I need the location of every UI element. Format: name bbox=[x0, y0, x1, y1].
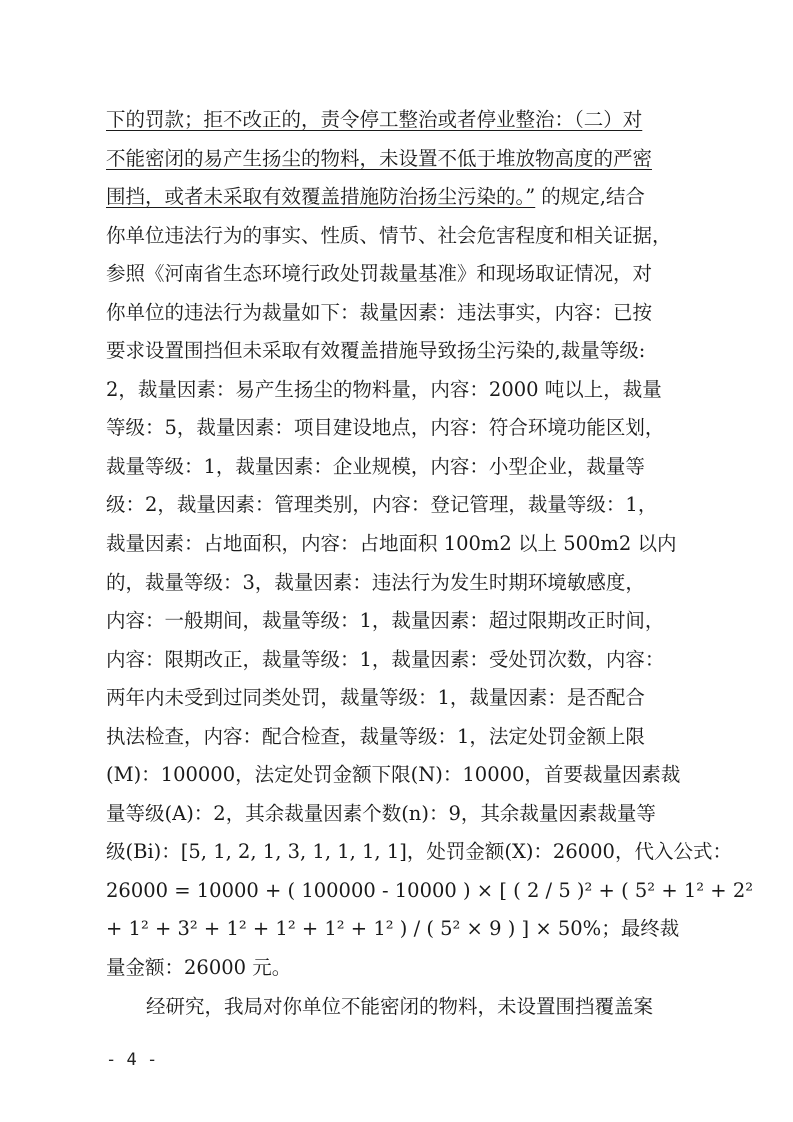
body-text: 级(Bi)：[5, 1, 2, 1, 3, 1, 1, 1, 1]，处罚金额(X… bbox=[106, 833, 732, 872]
body-text: 的规定,结合 bbox=[541, 178, 645, 217]
page-number: - 4 - bbox=[106, 1049, 157, 1071]
text-line: 2，裁量因素：易产生扬尘的物料量，内容：2000 吨以上，裁量 bbox=[106, 371, 690, 410]
text-line: 你单位的违法行为裁量如下：裁量因素：违法事实，内容：已按 bbox=[106, 294, 690, 333]
text-line: 量金额：26000 元。 bbox=[106, 949, 690, 988]
underlined-quote: 围挡，或者未采取有效覆盖措施防治扬尘污染的。” bbox=[106, 178, 535, 217]
text-line: 要求设置围挡但未采取有效覆盖措施导致扬尘污染的,裁量等级: bbox=[106, 332, 690, 371]
body-text: 级：2，裁量因素：管理类别，内容：登记管理，裁量等级：1， bbox=[106, 486, 657, 525]
text-line: 等级：5，裁量因素：项目建设地点，内容：符合环境功能区划， bbox=[106, 409, 690, 448]
document-body: 下的罚款；拒不改正的，责令停工整治或者停业整治：（二）对 不能密闭的易产生扬尘的… bbox=[106, 101, 690, 1026]
text-line: 你单位违法行为的事实、性质、情节、社会危害程度和相关证据， bbox=[106, 217, 690, 256]
formula-text: + 1² + 3² + 1² + 1² + 1² + 1² ) / ( 5² ×… bbox=[106, 910, 679, 949]
formula-line: + 1² + 3² + 1² + 1² + 1² + 1² ) / ( 5² ×… bbox=[106, 910, 690, 949]
body-text: 你单位的违法行为裁量如下：裁量因素：违法事实，内容：已按 bbox=[106, 294, 652, 333]
underlined-quote: 下的罚款；拒不改正的，责令停工整治或者停业整治：（二）对 bbox=[106, 101, 642, 140]
text-line: 下的罚款；拒不改正的，责令停工整治或者停业整治：（二）对 bbox=[106, 101, 690, 140]
text-line: 裁量等级：1，裁量因素：企业规模，内容：小型企业，裁量等 bbox=[106, 448, 690, 487]
formula-line: 26000 = 10000 + ( 100000 - 10000 ) × [ (… bbox=[106, 872, 690, 911]
body-text: 等级：5，裁量因素：项目建设地点，内容：符合环境功能区划， bbox=[106, 409, 664, 448]
text-line: 级：2，裁量因素：管理类别，内容：登记管理，裁量等级：1， bbox=[106, 486, 690, 525]
text-line: 内容：一般期间，裁量等级：1，裁量因素：超过限期改正时间， bbox=[106, 602, 690, 641]
text-line: 两年内未受到过同类处罚，裁量等级：1，裁量因素：是否配合 bbox=[106, 679, 690, 718]
body-text: 的，裁量等级：3，裁量因素：违法行为发生时期环境敏感度， bbox=[106, 564, 645, 603]
text-line: 量等级(A)：2，其余裁量因素个数(n)：9，其余裁量因素裁量等 bbox=[106, 795, 690, 834]
document-page: 下的罚款；拒不改正的，责令停工整治或者停业整治：（二）对 不能密闭的易产生扬尘的… bbox=[0, 0, 793, 1122]
text-line: 参照《河南省生态环境行政处罚裁量基准》和现场取证情况，对 bbox=[106, 255, 690, 294]
body-text: 裁量因素：占地面积，内容：占地面积 100m2 以上 500m2 以内 bbox=[106, 525, 677, 564]
final-amount-text: 量金额：26000 元。 bbox=[106, 949, 291, 988]
text-line: 不能密闭的易产生扬尘的物料，未设置不低于堆放物高度的严密 bbox=[106, 140, 690, 179]
text-line: 内容：限期改正，裁量等级：1，裁量因素：受处罚次数，内容： bbox=[106, 641, 690, 680]
body-text: (M)：100000，法定处罚金额下限(N)：10000，首要裁量因素裁 bbox=[106, 756, 680, 795]
body-text: 执法检查，内容：配合检查，裁量等级：1，法定处罚金额上限 bbox=[106, 718, 645, 757]
body-text: 量等级(A)：2，其余裁量因素个数(n)：9，其余裁量因素裁量等 bbox=[106, 795, 656, 834]
body-text: 裁量等级：1，裁量因素：企业规模，内容：小型企业，裁量等 bbox=[106, 448, 645, 487]
text-line: 围挡，或者未采取有效覆盖措施防治扬尘污染的。”的规定,结合 bbox=[106, 178, 690, 217]
text-line: 执法检查，内容：配合检查，裁量等级：1，法定处罚金额上限 bbox=[106, 718, 690, 757]
body-text: 你单位违法行为的事实、性质、情节、社会危害程度和相关证据， bbox=[106, 217, 672, 256]
body-text: 内容：一般期间，裁量等级：1，裁量因素：超过限期改正时间， bbox=[106, 602, 664, 641]
text-line: 的，裁量等级：3，裁量因素：违法行为发生时期环境敏感度， bbox=[106, 564, 690, 603]
formula-text: 26000 = 10000 + ( 100000 - 10000 ) × [ (… bbox=[106, 872, 753, 911]
underlined-quote: 不能密闭的易产生扬尘的物料，未设置不低于堆放物高度的严密 bbox=[106, 140, 652, 179]
text-line: 裁量因素：占地面积，内容：占地面积 100m2 以上 500m2 以内 bbox=[106, 525, 690, 564]
text-line: 级(Bi)：[5, 1, 2, 1, 3, 1, 1, 1, 1]，处罚金额(X… bbox=[106, 833, 690, 872]
body-text: 两年内未受到过同类处罚，裁量等级：1，裁量因素：是否配合 bbox=[106, 679, 645, 718]
body-text: 内容：限期改正，裁量等级：1，裁量因素：受处罚次数，内容： bbox=[106, 641, 664, 680]
body-text: 2，裁量因素：易产生扬尘的物料量，内容：2000 吨以上，裁量 bbox=[106, 371, 662, 410]
body-text: 参照《河南省生态环境行政处罚裁量基准》和现场取证情况，对 bbox=[106, 255, 652, 294]
body-text: 经研究，我局对你单位不能密闭的物料，未设置围挡覆盖案 bbox=[146, 988, 653, 1027]
body-text: 要求设置围挡但未采取有效覆盖措施导致扬尘污染的,裁量等级: bbox=[106, 332, 645, 371]
text-line: (M)：100000，法定处罚金额下限(N)：10000，首要裁量因素裁 bbox=[106, 756, 690, 795]
paragraph-start-line: 经研究，我局对你单位不能密闭的物料，未设置围挡覆盖案 bbox=[106, 988, 690, 1027]
